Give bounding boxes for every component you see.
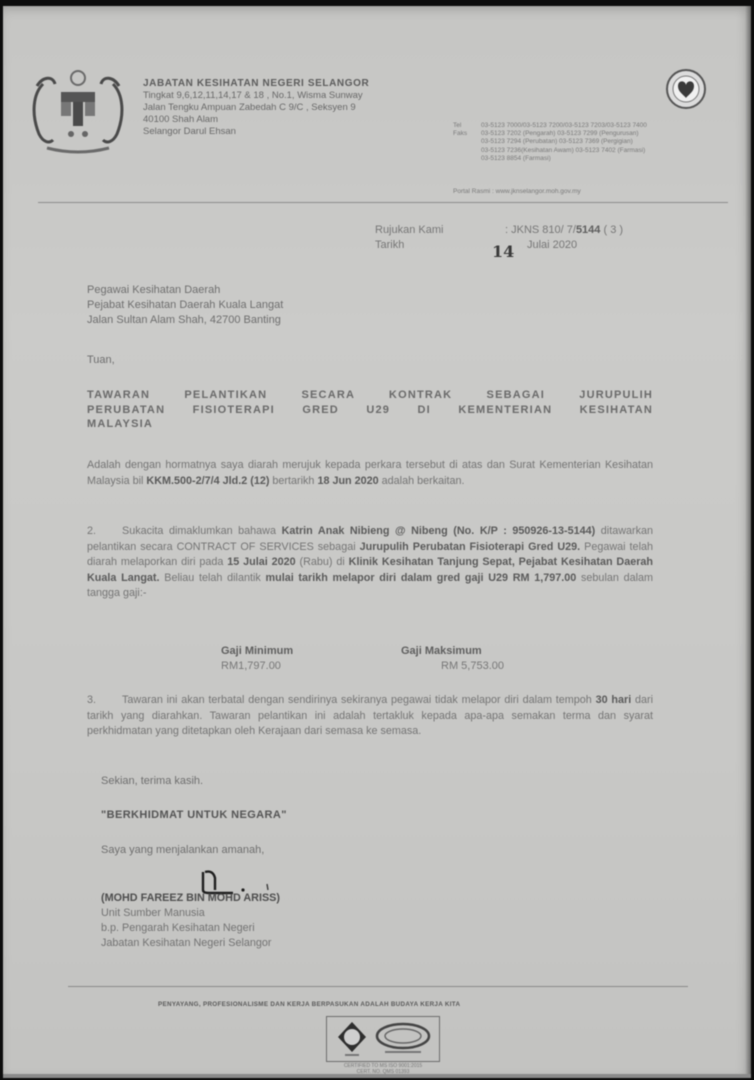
address-line: Tingkat 9,6,12,11,14,17 & 18 , No.1, Wis… (143, 90, 369, 102)
paragraph-1: Adalah dengan hormatnya saya diarah meru… (87, 458, 653, 489)
signatory-line: Jabatan Kesihatan Negeri Selangor (101, 936, 280, 951)
recipient-line: Pejabat Kesihatan Daerah Kuala Langat (87, 298, 283, 313)
header-divider (38, 202, 728, 203)
salary-max-value: RM 5,753.00 (401, 659, 504, 674)
contact-value: 03-5123 8854 (Farmasi) (481, 155, 551, 163)
contact-value: 03-5123 7000/03-5123 7200/03-5123 7203/0… (481, 122, 647, 130)
contact-block: Tel03-5123 7000/03-5123 7200/03-5123 720… (453, 122, 713, 163)
address-line: 40100 Shah Alam (143, 114, 369, 126)
address-line: Selangor Darul Ehsan (143, 126, 369, 138)
contact-value: 03-5123 7202 (Pengarah) 03-5123 7299 (Pe… (481, 130, 639, 138)
salary-max-label: Gaji Maksimum (401, 644, 504, 659)
closing-motto: "BERKHIDMAT UNTUK NEGARA" (101, 809, 287, 821)
certification-logos (326, 1016, 440, 1062)
website: Portal Rasmi : www.jknselangor.moh.gov.m… (453, 188, 581, 195)
date-label: Tarikh (375, 238, 505, 253)
letter-page: JABATAN KESIHATAN NEGERI SELANGOR Tingka… (3, 6, 751, 1078)
recipient-line: Pegawai Kesihatan Daerah (87, 283, 283, 298)
signatory-line: Unit Sumber Manusia (101, 906, 280, 921)
subject-line: TAWARAN PELANTIKAN SECARA KONTRAK SEBAGA… (87, 388, 653, 403)
our-ref-value: : JKNS 810/ 7/5144 ( 3 ) (505, 223, 623, 238)
letter-subject: TAWARAN PELANTIKAN SECARA KONTRAK SEBAGA… (87, 388, 653, 432)
handwritten-date-day: 14 (492, 242, 514, 261)
closing-trust: Saya yang menjalankan amanah, (101, 844, 264, 856)
contact-label (453, 138, 481, 146)
paper-edge-shadow (745, 6, 751, 1078)
ministry-of-health-logo-icon (665, 68, 707, 110)
recipient-address: Pegawai Kesihatan Daerah Pejabat Kesihat… (87, 283, 283, 328)
address-line: Jalan Tengku Ampuan Zabedah C 9/C , Seks… (143, 102, 369, 114)
contact-label (453, 147, 481, 155)
salutation: Tuan, (87, 354, 115, 366)
agency-name: JABATAN KESIHATAN NEGERI SELANGOR (143, 78, 369, 90)
signatory-name: (MOHD FAREEZ BIN MOHD ARISS) (101, 891, 280, 906)
footer-divider (68, 986, 688, 987)
signatory-block: (MOHD FAREEZ BIN MOHD ARISS) Unit Sumber… (101, 891, 280, 951)
agency-address-block: JABATAN KESIHATAN NEGERI SELANGOR Tingka… (143, 78, 369, 138)
signatory-line: b.p. Pengarah Kesihatan Negeri (101, 921, 280, 936)
paragraph-3: 3.Tawaran ini akan terbatal dengan sendi… (87, 693, 653, 740)
contact-label: Tel (453, 122, 481, 130)
subject-line: PERUBATAN FISIOTERAPI GRED U29 DI KEMENT… (87, 403, 653, 418)
salary-minimum: Gaji Minimum RM1,797.00 (221, 644, 293, 674)
salary-min-label: Gaji Minimum (221, 644, 293, 659)
sirim-certification-icon (335, 1021, 369, 1057)
our-ref-label: Rujukan Kami (375, 223, 505, 238)
salary-min-value: RM1,797.00 (221, 659, 293, 674)
malaysia-coat-of-arms-icon (23, 64, 133, 156)
date-value: Julai 2020 (505, 238, 577, 253)
paper-bottom-edge (3, 1074, 751, 1078)
contact-value: 03-5123 7294 (Perubatan) 03-5123 7369 (P… (481, 138, 633, 146)
recipient-line: Jalan Sultan Alam Shah, 42700 Banting (87, 313, 283, 328)
contact-label: Faks (453, 130, 481, 138)
contact-label (453, 155, 481, 163)
salary-maximum: Gaji Maksimum RM 5,753.00 (401, 644, 504, 674)
iqnet-certification-icon (373, 1021, 433, 1057)
footer-motto: PENYAYANG, PROFESIONALISME DAN KERJA BER… (158, 1001, 460, 1008)
closing-thanks: Sekian, terima kasih. (101, 775, 203, 787)
paragraph-2: 2.Sukacita dimaklumkan bahawa Katrin Ana… (87, 524, 653, 602)
contact-value: 03-5123 7236(Kesihatan Awam) 03-5123 740… (481, 147, 645, 155)
subject-line: MALAYSIA (87, 417, 653, 432)
